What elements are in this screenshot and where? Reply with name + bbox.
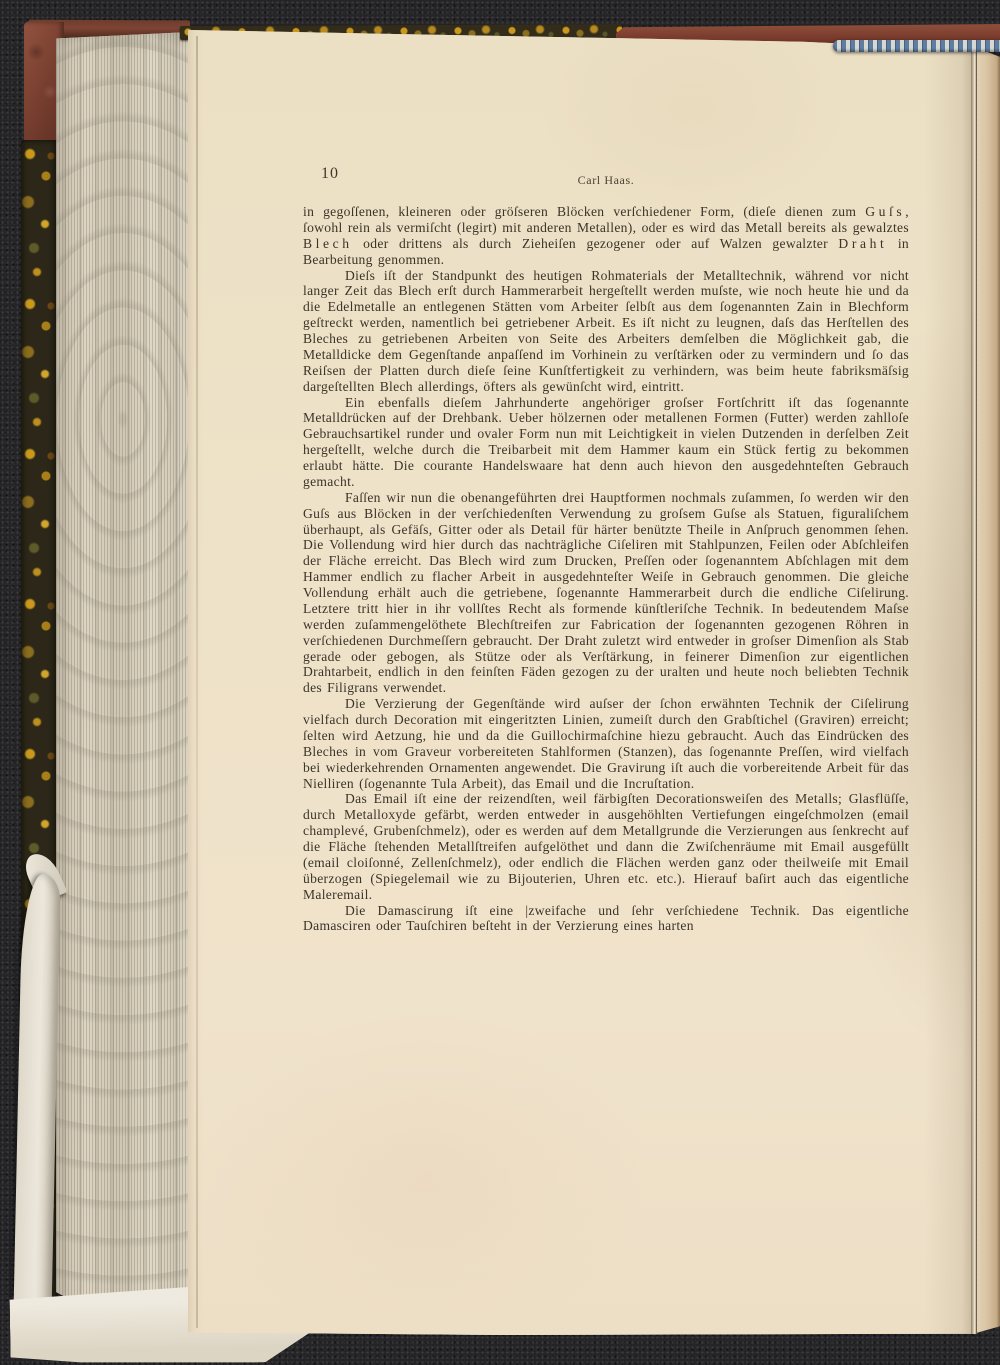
text-run: oder drittens als durch Zieheiſen gezoge… bbox=[353, 236, 839, 251]
paragraph: Faſſen wir nun die obenangeführten drei … bbox=[303, 490, 909, 696]
paragraph: Die Damascirung iſt eine |zweifache und … bbox=[303, 903, 909, 935]
scanned-book-photo: { "colors":{ "background":"#212123", "pa… bbox=[0, 0, 1000, 1365]
paragraph: Ein ebenfalls dieſem Jahrhunderte angehö… bbox=[303, 395, 909, 490]
text-run: Dieſs iſt der Standpunkt des heutigen Ro… bbox=[303, 268, 909, 394]
text-run: Ein ebenfalls dieſem Jahrhunderte angehö… bbox=[303, 395, 909, 489]
emphasized-term: Guſs bbox=[865, 204, 905, 219]
headband bbox=[833, 40, 1000, 52]
paragraph: Die Verzierung der Gegenſtände wird auſs… bbox=[303, 696, 909, 791]
text-run: in gegoſſenen, kleineren oder gröſseren … bbox=[303, 204, 865, 219]
gutter-crease bbox=[971, 44, 977, 1334]
text-run: Faſſen wir nun die obenangeführten drei … bbox=[303, 490, 909, 696]
emphasized-term: Blech bbox=[303, 236, 353, 251]
text-run: Die Verzierung der Gegenſtände wird auſs… bbox=[303, 696, 909, 790]
text-block: in gegoſſenen, kleineren oder gröſseren … bbox=[303, 204, 909, 934]
paragraph: in gegoſſenen, kleineren oder gröſseren … bbox=[303, 204, 909, 268]
emphasized-term: Draht bbox=[838, 236, 887, 251]
running-header: Carl Haas. bbox=[303, 173, 909, 188]
book-page: 10 Carl Haas. in gegoſſenen, kleineren o… bbox=[188, 30, 976, 1335]
text-run: Das Email iſt eine der reizendſten, weil… bbox=[303, 791, 909, 901]
fore-edge-page-stack bbox=[56, 32, 190, 1323]
paragraph: Dieſs iſt der Standpunkt des heutigen Ro… bbox=[303, 268, 909, 395]
under-sheet-edge bbox=[196, 36, 198, 1328]
paragraph: Das Email iſt eine der reizendſten, weil… bbox=[303, 791, 909, 902]
gutter-page-edge bbox=[977, 44, 1000, 1334]
text-run: Die Damascirung iſt eine |zweifache und … bbox=[303, 903, 909, 934]
